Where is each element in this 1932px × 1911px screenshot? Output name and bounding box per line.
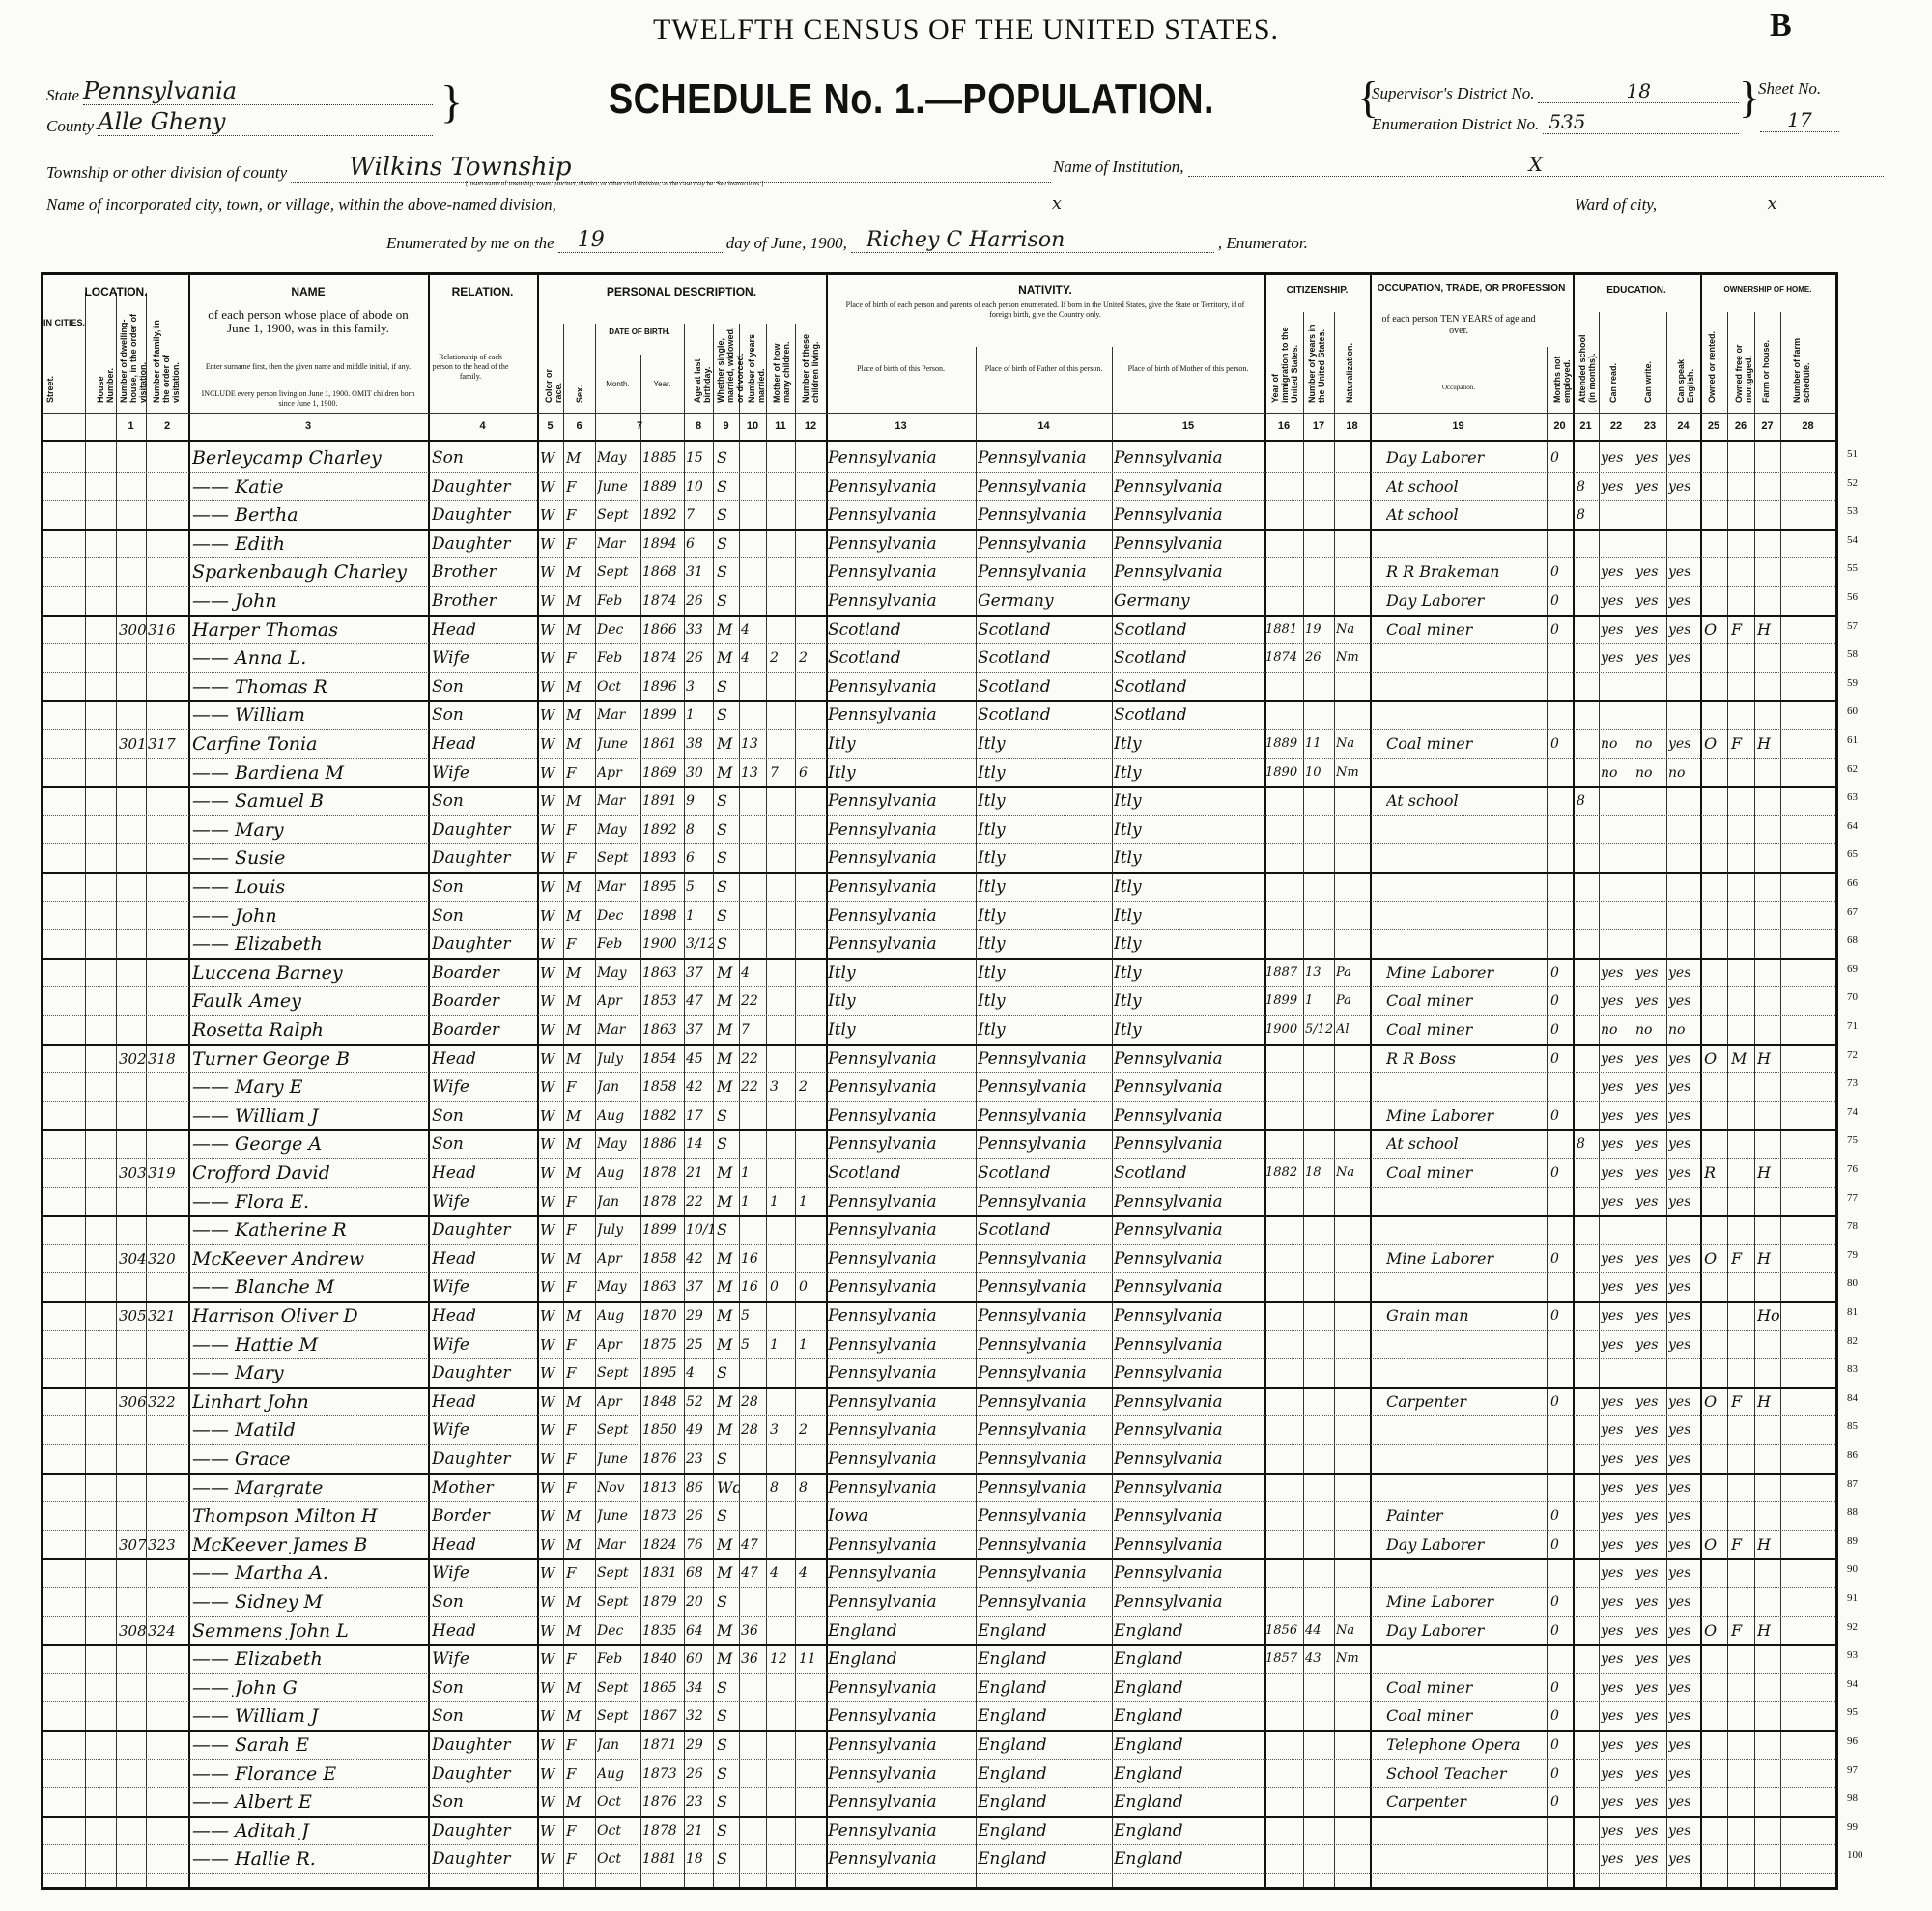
birth-year: 1848 bbox=[642, 1389, 684, 1414]
relation: Daughter bbox=[432, 1217, 536, 1242]
can-write: yes bbox=[1635, 1303, 1666, 1328]
header-street: Street. bbox=[45, 345, 55, 403]
years-married: 4 bbox=[741, 960, 766, 985]
birth-year: 1873 bbox=[642, 1761, 684, 1786]
years-married: 4 bbox=[741, 617, 766, 642]
years-married: 5 bbox=[741, 1332, 766, 1357]
years-in-us: 10 bbox=[1305, 760, 1334, 785]
naturalization: Na bbox=[1336, 731, 1370, 756]
relation: Head bbox=[432, 1303, 536, 1328]
can-write bbox=[1635, 874, 1666, 899]
marital-status: M bbox=[717, 1532, 739, 1557]
can-write: yes bbox=[1635, 645, 1666, 670]
family-number bbox=[148, 1103, 186, 1128]
family-number: 316 bbox=[148, 617, 186, 642]
attended-school bbox=[1577, 931, 1598, 956]
person-name: —— George A bbox=[192, 1131, 426, 1156]
owned-rented bbox=[1704, 1189, 1727, 1214]
farm-or-house bbox=[1757, 1560, 1780, 1585]
can-write: yes bbox=[1635, 1703, 1666, 1728]
age: 3/12 bbox=[686, 931, 713, 956]
years-in-us bbox=[1305, 1789, 1334, 1814]
person-name: —— Margrate bbox=[192, 1475, 426, 1500]
header-family: Number of family, in the order of visita… bbox=[152, 314, 181, 403]
birth-year: 1886 bbox=[642, 1131, 684, 1156]
table-row: —— Katie Daughter W F June 1889 10 S Pen… bbox=[43, 472, 1835, 502]
free-mortgaged bbox=[1731, 1274, 1754, 1299]
color-race: W bbox=[540, 1618, 563, 1643]
line-number: 60 bbox=[1847, 705, 1858, 717]
months-unemployed: 0 bbox=[1550, 988, 1572, 1013]
relation: Son bbox=[432, 874, 536, 899]
farm-or-house bbox=[1757, 903, 1780, 928]
can-write: yes bbox=[1635, 1246, 1666, 1271]
years-married bbox=[741, 1475, 766, 1500]
person-name: —— Sarah E bbox=[192, 1732, 426, 1757]
years-in-us bbox=[1305, 1417, 1334, 1442]
marital-status: S bbox=[717, 559, 739, 585]
birth-month: Sept bbox=[597, 845, 640, 870]
can-speak-english: yes bbox=[1668, 1332, 1700, 1357]
enumeration-value: 535 bbox=[1543, 110, 1739, 134]
person-name: —— Mary E bbox=[192, 1074, 426, 1099]
header-attended-school: Attended school (in months). bbox=[1577, 324, 1597, 403]
color-race: W bbox=[540, 1274, 563, 1299]
birthplace-mother: Scotland bbox=[1114, 617, 1264, 642]
birthplace-mother: Scotland bbox=[1114, 702, 1264, 727]
line-number: 96 bbox=[1847, 1735, 1858, 1747]
attended-school bbox=[1577, 1589, 1598, 1614]
birth-month: Sept bbox=[597, 1589, 640, 1614]
header-birth-father: Place of birth of Father of this person. bbox=[980, 364, 1107, 374]
col-number: 14 bbox=[976, 420, 1112, 432]
immigration-year bbox=[1265, 1532, 1303, 1557]
birth-year: 1873 bbox=[642, 1503, 684, 1528]
age: 10/12 bbox=[686, 1217, 713, 1242]
farm-or-house bbox=[1757, 1675, 1780, 1700]
immigration-year bbox=[1265, 1846, 1303, 1871]
table-row: 304 320 McKeever Andrew Head W M Apr 185… bbox=[43, 1244, 1835, 1274]
attended-school bbox=[1577, 1618, 1598, 1643]
years-married bbox=[741, 1818, 766, 1843]
marital-status: S bbox=[717, 817, 739, 842]
birthplace-father: Itly bbox=[978, 988, 1111, 1013]
col-number: 10 bbox=[739, 420, 766, 432]
birth-year: 1840 bbox=[642, 1646, 684, 1671]
col-number: 21 bbox=[1573, 420, 1599, 432]
free-mortgaged: F bbox=[1731, 1246, 1754, 1271]
color-race: W bbox=[540, 1646, 563, 1671]
attended-school: 8 bbox=[1577, 474, 1598, 499]
months-unemployed: 0 bbox=[1550, 1675, 1572, 1700]
occupation bbox=[1386, 1217, 1546, 1242]
years-married bbox=[741, 903, 766, 928]
person-name: Faulk Amey bbox=[192, 988, 426, 1013]
birthplace-father: Pennsylvania bbox=[978, 1332, 1111, 1357]
sex: M bbox=[566, 1246, 595, 1271]
person-name: —— Edith bbox=[192, 531, 426, 556]
can-speak-english: yes bbox=[1668, 1589, 1700, 1614]
table-row: —— William Son W M Mar 1899 1 S Pennsylv… bbox=[43, 700, 1835, 730]
person-name: —— Anna L. bbox=[192, 645, 426, 670]
can-read bbox=[1601, 531, 1634, 556]
years-married bbox=[741, 502, 766, 528]
owned-rented bbox=[1704, 1303, 1727, 1328]
occupation bbox=[1386, 702, 1546, 727]
owned-rented bbox=[1704, 1217, 1727, 1242]
age: 26 bbox=[686, 1761, 713, 1786]
birthplace-person: Pennsylvania bbox=[828, 874, 975, 899]
relation: Head bbox=[432, 617, 536, 642]
birthplace-person: Pennsylvania bbox=[828, 1532, 975, 1557]
birthplace-father: Pennsylvania bbox=[978, 1046, 1111, 1071]
dwelling-number: 304 bbox=[119, 1246, 146, 1271]
line-number: 55 bbox=[1847, 562, 1858, 574]
children-living bbox=[799, 788, 824, 813]
marital-status: M bbox=[717, 960, 739, 985]
free-mortgaged: F bbox=[1731, 1532, 1754, 1557]
dwelling-number bbox=[119, 788, 146, 813]
free-mortgaged bbox=[1731, 1732, 1754, 1757]
birthplace-mother: England bbox=[1114, 1703, 1264, 1728]
can-write: yes bbox=[1635, 1503, 1666, 1528]
birthplace-father: Itly bbox=[978, 845, 1111, 870]
occupation: R R Boss bbox=[1386, 1046, 1546, 1071]
birthplace-father: Pennsylvania bbox=[978, 1417, 1111, 1442]
owned-rented bbox=[1704, 988, 1727, 1013]
birthplace-mother: Pennsylvania bbox=[1114, 1046, 1264, 1071]
children-living bbox=[799, 1017, 824, 1042]
years-in-us: 43 bbox=[1305, 1646, 1334, 1671]
occupation bbox=[1386, 674, 1546, 699]
years-in-us bbox=[1305, 1560, 1334, 1585]
line-number: 70 bbox=[1847, 991, 1858, 1003]
occupation: At school bbox=[1386, 474, 1546, 499]
children-living bbox=[799, 1160, 824, 1185]
mother-of-children: 8 bbox=[770, 1475, 793, 1500]
age: 4 bbox=[686, 1360, 713, 1385]
years-married: 36 bbox=[741, 1618, 766, 1643]
relation: Son bbox=[432, 1103, 536, 1128]
birthplace-father: Itly bbox=[978, 931, 1111, 956]
family-number bbox=[148, 1417, 186, 1442]
township-label: Township or other division of county bbox=[46, 163, 287, 183]
mother-of-children bbox=[770, 960, 793, 985]
line-number: 53 bbox=[1847, 505, 1858, 517]
birth-month: Sept bbox=[597, 502, 640, 528]
header-marital: Whether single, married, widowed, or div… bbox=[716, 324, 745, 403]
relation: Daughter bbox=[432, 1732, 536, 1757]
children-living bbox=[799, 1360, 824, 1385]
line-number: 95 bbox=[1847, 1706, 1858, 1718]
marital-status: S bbox=[717, 1589, 739, 1614]
age: 33 bbox=[686, 617, 713, 642]
institution-value: X bbox=[1188, 153, 1884, 177]
table-row: Rosetta Ralph Boarder W M Mar 1863 37 M … bbox=[43, 1015, 1835, 1046]
relation: Wife bbox=[432, 760, 536, 785]
color-race: W bbox=[540, 1103, 563, 1128]
mother-of-children bbox=[770, 1217, 793, 1242]
owned-rented bbox=[1704, 702, 1727, 727]
children-living bbox=[799, 845, 824, 870]
mother-of-children bbox=[770, 817, 793, 842]
can-read: yes bbox=[1601, 1589, 1634, 1614]
birth-year: 1896 bbox=[642, 674, 684, 699]
years-in-us bbox=[1305, 1189, 1334, 1214]
owned-rented bbox=[1704, 788, 1727, 813]
years-in-us bbox=[1305, 1103, 1334, 1128]
mother-of-children bbox=[770, 874, 793, 899]
table-row: —— Sarah E Daughter W F Jan 1871 29 S Pe… bbox=[43, 1730, 1835, 1760]
age: 23 bbox=[686, 1446, 713, 1471]
months-unemployed: 0 bbox=[1550, 1389, 1572, 1414]
header-name-desc: of each person whose place of abode on J… bbox=[198, 308, 418, 335]
population-schedule-table: LOCATION. IN CITIES. NAME of each person… bbox=[41, 272, 1838, 1890]
months-unemployed bbox=[1550, 817, 1572, 842]
col-number: 9 bbox=[713, 420, 739, 432]
children-living bbox=[799, 1532, 824, 1557]
naturalization bbox=[1336, 1589, 1370, 1614]
sex: M bbox=[566, 788, 595, 813]
can-read: no bbox=[1601, 731, 1634, 756]
age: 26 bbox=[686, 588, 713, 613]
birthplace-mother: Pennsylvania bbox=[1114, 1532, 1264, 1557]
birth-month: Feb bbox=[597, 588, 640, 613]
col-number: 22 bbox=[1599, 420, 1634, 432]
attended-school bbox=[1577, 617, 1598, 642]
naturalization bbox=[1336, 1389, 1370, 1414]
birth-year: 1868 bbox=[642, 559, 684, 585]
birthplace-person: Pennsylvania bbox=[828, 1675, 975, 1700]
color-race: W bbox=[540, 617, 563, 642]
can-write: yes bbox=[1635, 1646, 1666, 1671]
birth-month: June bbox=[597, 1503, 640, 1528]
dwelling-number bbox=[119, 1789, 146, 1814]
line-number: 77 bbox=[1847, 1192, 1858, 1204]
can-speak-english: yes bbox=[1668, 474, 1700, 499]
mother-of-children bbox=[770, 1846, 793, 1871]
relation: Son bbox=[432, 702, 536, 727]
birthplace-person: Pennsylvania bbox=[828, 903, 975, 928]
birthplace-person: Pennsylvania bbox=[828, 1789, 975, 1814]
years-married: 16 bbox=[741, 1274, 766, 1299]
months-unemployed bbox=[1550, 1332, 1572, 1357]
birthplace-mother: Itly bbox=[1114, 931, 1264, 956]
birthplace-mother: England bbox=[1114, 1732, 1264, 1757]
years-in-us bbox=[1305, 1761, 1334, 1786]
farm-or-house bbox=[1757, 1818, 1780, 1843]
dwelling-number bbox=[119, 1017, 146, 1042]
birth-year: 1879 bbox=[642, 1589, 684, 1614]
immigration-year bbox=[1265, 531, 1303, 556]
birth-month: Sept bbox=[597, 1675, 640, 1700]
months-unemployed: 0 bbox=[1550, 731, 1572, 756]
attended-school bbox=[1577, 845, 1598, 870]
sex: M bbox=[566, 874, 595, 899]
mother-of-children: 3 bbox=[770, 1417, 793, 1442]
family-number bbox=[148, 702, 186, 727]
color-race: W bbox=[540, 1503, 563, 1528]
relation: Daughter bbox=[432, 1761, 536, 1786]
birthplace-father: England bbox=[978, 1732, 1111, 1757]
sex: F bbox=[566, 1732, 595, 1757]
person-name: Luccena Barney bbox=[192, 960, 426, 985]
birthplace-person: Pennsylvania bbox=[828, 788, 975, 813]
naturalization: Pa bbox=[1336, 960, 1370, 985]
birth-month: Jan bbox=[597, 1189, 640, 1214]
birthplace-father: England bbox=[978, 1675, 1111, 1700]
farm-or-house bbox=[1757, 1103, 1780, 1128]
birthplace-person: Itly bbox=[828, 760, 975, 785]
dwelling-number: 300 bbox=[119, 617, 146, 642]
birthplace-mother: Scotland bbox=[1114, 674, 1264, 699]
immigration-year bbox=[1265, 1475, 1303, 1500]
city-value: x bbox=[560, 193, 1553, 214]
can-speak-english: yes bbox=[1668, 1303, 1700, 1328]
months-unemployed bbox=[1550, 702, 1572, 727]
table-row: —— Bertha Daughter W F Sept 1892 7 S Pen… bbox=[43, 500, 1835, 531]
header-relation-desc: Relationship of each person to the head … bbox=[432, 353, 509, 382]
birth-year: 1863 bbox=[642, 960, 684, 985]
line-number: 90 bbox=[1847, 1563, 1858, 1575]
years-in-us bbox=[1305, 931, 1334, 956]
months-unemployed bbox=[1550, 1475, 1572, 1500]
state-value: Pennsylvania bbox=[83, 77, 433, 105]
immigration-year bbox=[1265, 588, 1303, 613]
relation: Daughter bbox=[432, 931, 536, 956]
table-row: —— Grace Daughter W F June 1876 23 S Pen… bbox=[43, 1444, 1835, 1475]
table-row: —— Florance E Daughter W F Aug 1873 26 S… bbox=[43, 1759, 1835, 1789]
birth-month: Nov bbox=[597, 1475, 640, 1500]
years-in-us bbox=[1305, 531, 1334, 556]
months-unemployed: 0 bbox=[1550, 445, 1572, 471]
years-married bbox=[741, 817, 766, 842]
years-in-us bbox=[1305, 788, 1334, 813]
enumeration-label: Enumeration District No. bbox=[1372, 115, 1539, 134]
naturalization bbox=[1336, 1503, 1370, 1528]
can-speak-english: yes bbox=[1668, 1417, 1700, 1442]
family-number bbox=[148, 1732, 186, 1757]
years-married bbox=[741, 931, 766, 956]
attended-school bbox=[1577, 1303, 1598, 1328]
birth-year: 1894 bbox=[642, 531, 684, 556]
age: 49 bbox=[686, 1417, 713, 1442]
person-name: —— Sidney M bbox=[192, 1589, 426, 1614]
color-race: W bbox=[540, 988, 563, 1013]
mother-of-children bbox=[770, 1532, 793, 1557]
person-name: Turner George B bbox=[192, 1046, 426, 1071]
birth-month: May bbox=[597, 1274, 640, 1299]
line-number: 91 bbox=[1847, 1592, 1858, 1604]
can-write: yes bbox=[1635, 1046, 1666, 1071]
person-name: —— Katherine R bbox=[192, 1217, 426, 1242]
can-read: yes bbox=[1601, 1503, 1634, 1528]
owned-rented bbox=[1704, 1074, 1727, 1099]
free-mortgaged bbox=[1731, 1303, 1754, 1328]
can-read bbox=[1601, 1360, 1634, 1385]
birthplace-mother: Pennsylvania bbox=[1114, 1274, 1264, 1299]
immigration-year bbox=[1265, 1503, 1303, 1528]
dwelling-number bbox=[119, 502, 146, 528]
enumerator-label: , Enumerator. bbox=[1218, 234, 1308, 253]
occupation: Coal miner bbox=[1386, 1675, 1546, 1700]
owned-rented: O bbox=[1704, 1046, 1727, 1071]
relation: Son bbox=[432, 1589, 536, 1614]
relation: Daughter bbox=[432, 1846, 536, 1871]
can-write: yes bbox=[1635, 1332, 1666, 1357]
naturalization bbox=[1336, 845, 1370, 870]
children-living bbox=[799, 531, 824, 556]
table-row: —— Margrate Mother W F Nov 1813 86 Wd 8 … bbox=[43, 1473, 1835, 1503]
immigration-year bbox=[1265, 1761, 1303, 1786]
color-race: W bbox=[540, 1160, 563, 1185]
birthplace-father: Pennsylvania bbox=[978, 474, 1111, 499]
header-birth-mother: Place of birth of Mother of this person. bbox=[1117, 364, 1260, 374]
naturalization bbox=[1336, 1417, 1370, 1442]
naturalization bbox=[1336, 1703, 1370, 1728]
color-race: W bbox=[540, 931, 563, 956]
sex: M bbox=[566, 1131, 595, 1156]
color-race: W bbox=[540, 1703, 563, 1728]
children-living bbox=[799, 1846, 824, 1871]
can-read: yes bbox=[1601, 1475, 1634, 1500]
birthplace-father: England bbox=[978, 1818, 1111, 1843]
can-write: yes bbox=[1635, 617, 1666, 642]
can-speak-english bbox=[1668, 1217, 1700, 1242]
farm-or-house bbox=[1757, 1332, 1780, 1357]
free-mortgaged bbox=[1731, 1646, 1754, 1671]
children-living bbox=[799, 817, 824, 842]
can-read: yes bbox=[1601, 1274, 1634, 1299]
birth-year: 1899 bbox=[642, 702, 684, 727]
marital-status: M bbox=[717, 760, 739, 785]
col-number: 28 bbox=[1780, 420, 1835, 432]
family-number bbox=[148, 1560, 186, 1585]
dwelling-number: 308 bbox=[119, 1618, 146, 1643]
sex: F bbox=[566, 502, 595, 528]
years-in-us bbox=[1305, 1246, 1334, 1271]
mother-of-children bbox=[770, 617, 793, 642]
attended-school bbox=[1577, 1675, 1598, 1700]
can-write bbox=[1635, 903, 1666, 928]
line-number: 93 bbox=[1847, 1649, 1858, 1661]
person-name: —— Hattie M bbox=[192, 1332, 426, 1357]
marital-status: S bbox=[717, 674, 739, 699]
sex: M bbox=[566, 731, 595, 756]
birth-month: Oct bbox=[597, 1818, 640, 1843]
age: 45 bbox=[686, 1046, 713, 1071]
can-read: no bbox=[1601, 1017, 1634, 1042]
birth-year: 1861 bbox=[642, 731, 684, 756]
owned-rented bbox=[1704, 1646, 1727, 1671]
occupation bbox=[1386, 1417, 1546, 1442]
birthplace-mother: Pennsylvania bbox=[1114, 1246, 1264, 1271]
line-number: 62 bbox=[1847, 763, 1858, 775]
color-race: W bbox=[540, 1017, 563, 1042]
line-number: 85 bbox=[1847, 1420, 1858, 1432]
can-write: no bbox=[1635, 1017, 1666, 1042]
can-read: yes bbox=[1601, 960, 1634, 985]
owned-rented bbox=[1704, 1589, 1727, 1614]
occupation: Coal miner bbox=[1386, 988, 1546, 1013]
children-living: 2 bbox=[799, 1417, 824, 1442]
birth-year: 1824 bbox=[642, 1532, 684, 1557]
family-number bbox=[148, 1217, 186, 1242]
birth-month: Dec bbox=[597, 617, 640, 642]
free-mortgaged bbox=[1731, 1446, 1754, 1471]
occupation: Coal miner bbox=[1386, 1703, 1546, 1728]
line-number: 72 bbox=[1847, 1049, 1858, 1061]
